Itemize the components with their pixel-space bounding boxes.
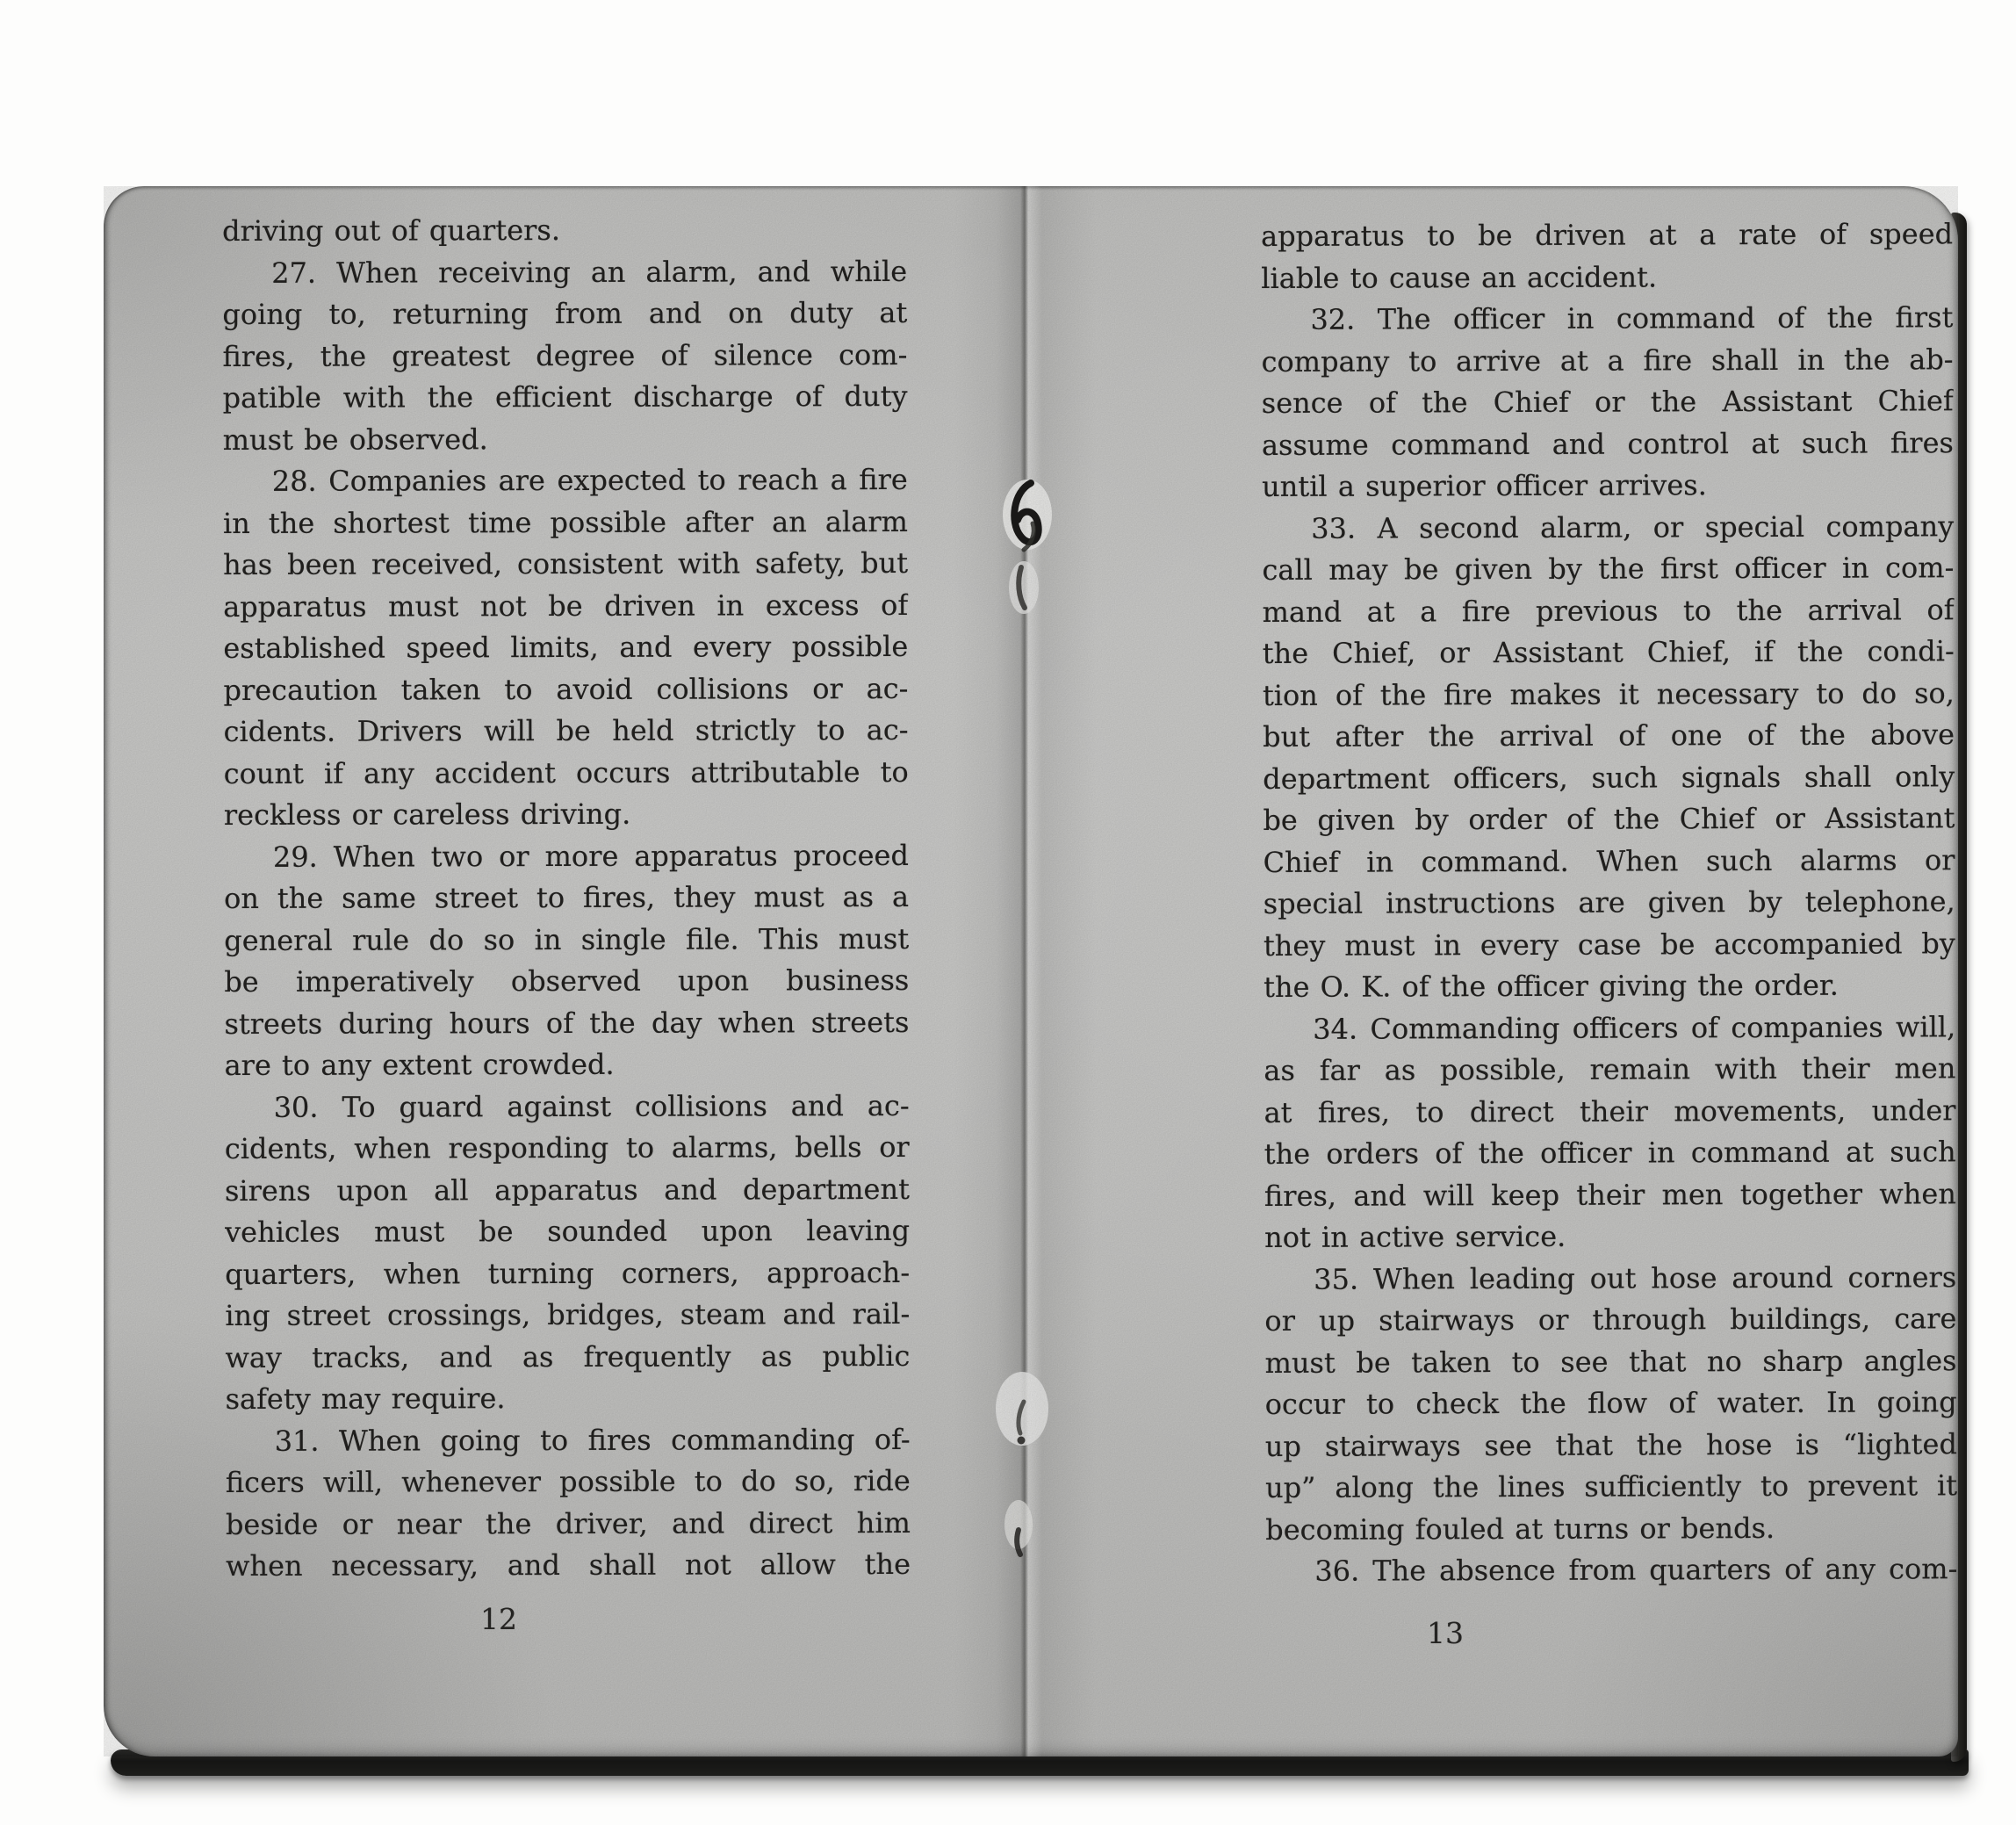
text-line: when necessary, and shall not allow the <box>226 1544 911 1588</box>
text-line: assume command and control at such fires <box>1262 422 1954 466</box>
text-line: on the same street to fires, they must a… <box>224 876 909 920</box>
page-left-text-block: driving out of quarters.27. When receivi… <box>222 209 911 1588</box>
text-line: department officers, such signals shall … <box>1263 756 1955 800</box>
text-line: count if any accident occurs attributabl… <box>224 751 909 795</box>
text-line: be given by order of the Chief or Assist… <box>1263 797 1955 841</box>
text-line: are to any extent crowded. <box>224 1043 909 1087</box>
text-line: quarters, when turning corners, approach… <box>225 1252 910 1295</box>
text-line: 34. Commanding officers of companies wil… <box>1264 1006 1955 1050</box>
text-line: vehicles must be sounded upon leaving <box>225 1210 910 1254</box>
text-line: ficers will, whenever possible to do so,… <box>226 1461 911 1504</box>
text-line: be imperatively observed upon business <box>224 960 909 1004</box>
binding-stitch-lower <box>982 1367 1061 1586</box>
text-line: the orders of the officer in command at … <box>1264 1131 1956 1175</box>
text-line: up” along the lines sufficiently to prev… <box>1265 1465 1957 1509</box>
text-line: or up stairways or through buildings, ca… <box>1264 1298 1956 1342</box>
text-line: 29. When two or more apparatus proceed <box>224 834 909 878</box>
text-line: at fires, to direct their movements, und… <box>1264 1090 1955 1134</box>
binding-staple-upper <box>992 469 1062 662</box>
page-right: apparatus to be driven at a rate of spee… <box>1023 186 1958 1756</box>
text-line: special instructions are given by teleph… <box>1264 881 1955 925</box>
text-line: precaution taken to avoid collisions or … <box>223 667 908 711</box>
text-line: as far as possible, remain with their me… <box>1264 1048 1955 1092</box>
text-line: driving out of quarters. <box>222 209 907 253</box>
text-line: Chief in command. When such alarms or <box>1263 840 1955 884</box>
text-line: in the shortest time possible after an a… <box>223 501 908 545</box>
text-line: going to, returning from and on duty at <box>222 292 907 336</box>
text-line: the Chief, or Assistant Chief, if the co… <box>1263 631 1955 674</box>
text-line: way tracks, and as frequently as public <box>225 1335 910 1379</box>
scanner-background: driving out of quarters.27. When receivi… <box>0 0 2016 1825</box>
text-line: occur to check the flow of water. In goi… <box>1265 1381 1957 1425</box>
open-book-spread: driving out of quarters.27. When receivi… <box>104 186 1958 1756</box>
text-line: mand at a fire previous to the arrival o… <box>1262 589 1954 633</box>
text-line: cidents, when responding to alarms, bell… <box>225 1127 910 1171</box>
text-line: company to arrive at a fire shall in the… <box>1261 339 1953 383</box>
text-line: must be taken to see that no sharp angle… <box>1264 1340 1956 1384</box>
text-line: sirens upon all apparatus and department <box>225 1168 910 1212</box>
text-line: apparatus to be driven at a rate of spee… <box>1261 213 1953 257</box>
page-right-text-block: apparatus to be driven at a rate of spee… <box>1261 213 1957 1592</box>
text-line: sence of the Chief or the Assistant Chie… <box>1262 380 1954 424</box>
text-line: streets during hours of the day when str… <box>224 1001 909 1045</box>
page-number-right: 13 <box>1393 1616 1498 1650</box>
text-line: 33. A second alarm, or special company <box>1262 506 1954 550</box>
text-line: until a superior officer arrives. <box>1262 464 1954 508</box>
text-line: beside or near the driver, and direct hi… <box>226 1502 911 1546</box>
text-line: patible with the efficient discharge of … <box>222 376 907 420</box>
text-line: general rule do so in single file. This … <box>224 918 909 962</box>
text-line: has been received, consistent with safet… <box>223 543 908 587</box>
text-line: the O. K. of the officer giving the orde… <box>1264 964 1955 1008</box>
text-line: 30. To guard against collisions and ac- <box>225 1085 910 1129</box>
text-line: 27. When receiving an alarm, and while <box>222 250 907 294</box>
page-left: driving out of quarters.27. When receivi… <box>104 186 1023 1756</box>
text-line: but after the arrival of one of the abov… <box>1263 714 1955 758</box>
text-line: becoming fouled at turns or bends. <box>1265 1507 1957 1551</box>
text-line: cidents. Drivers will be held strictly t… <box>223 710 908 754</box>
text-line: safety may require. <box>225 1377 910 1421</box>
text-line: fires, and will keep their men together … <box>1264 1173 1956 1217</box>
text-line: they must in every case be accompanied b… <box>1264 923 1955 967</box>
page-number-left: 12 <box>446 1602 551 1636</box>
text-line: ing street crossings, bridges, steam and… <box>225 1294 910 1338</box>
text-line: 36. The absence from quarters of any com… <box>1265 1548 1957 1592</box>
text-line: fires, the greatest degree of silence co… <box>222 334 907 378</box>
text-line: tion of the fire makes it necessary to d… <box>1263 673 1955 717</box>
text-line: 31. When going to fires commanding of- <box>226 1418 911 1462</box>
text-line: established speed limits, and every poss… <box>223 626 908 670</box>
text-line: must be observed. <box>223 417 908 461</box>
text-line: 28. Companies are expected to reach a fi… <box>223 459 908 503</box>
text-line: liable to cause an accident. <box>1261 256 1953 299</box>
text-line: reckless or careless driving. <box>224 793 909 837</box>
text-line: call may be given by the first officer i… <box>1262 547 1954 591</box>
text-line: not in active service. <box>1264 1215 1956 1259</box>
text-line: up stairways see that the hose is “light… <box>1265 1424 1957 1468</box>
text-line: 32. The officer in command of the first <box>1261 297 1953 341</box>
text-line: apparatus must not be driven in excess o… <box>223 584 908 628</box>
text-line: 35. When leading out hose around corners <box>1264 1257 1956 1301</box>
